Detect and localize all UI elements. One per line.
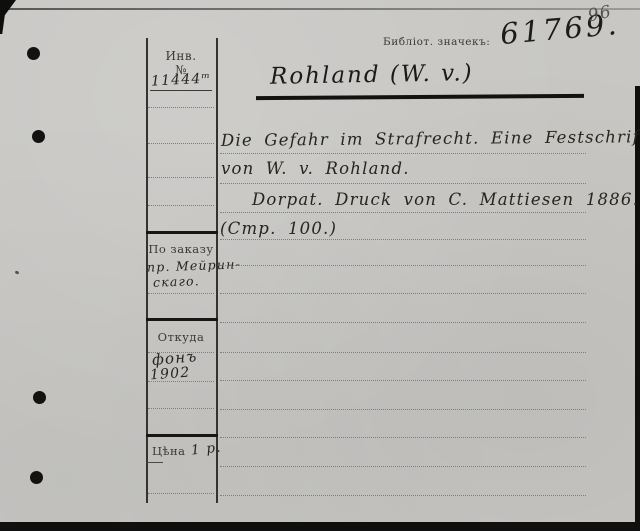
ruled-line — [220, 466, 586, 467]
inventory-label: Инв. — [146, 49, 216, 63]
ruled-line — [148, 493, 214, 494]
punch-hole — [27, 47, 40, 60]
ruled-line — [220, 265, 586, 266]
origin-value-handwritten-line2: 1902 — [149, 365, 190, 384]
price-value-handwritten: 1 р. — [190, 439, 222, 458]
title-line1-handwritten: Die Gefahr im Strafrecht. Eine Festschri… — [221, 127, 640, 150]
ruled-line — [148, 293, 214, 294]
card-top-edge-line — [0, 8, 640, 10]
price-underline — [147, 462, 163, 463]
scan-corner-shadow — [0, 0, 16, 34]
inventory-number-handwritten: 11444ᵐ — [151, 70, 212, 89]
ruled-line — [220, 409, 586, 410]
price-label: Цѣна — [152, 444, 186, 458]
author-heading-underline — [256, 94, 584, 100]
order-label: По заказу — [146, 242, 216, 256]
ruled-line — [148, 205, 214, 206]
ruled-line — [148, 177, 214, 178]
column-separator — [146, 231, 218, 234]
ruled-line — [148, 107, 214, 108]
punch-hole — [30, 471, 43, 484]
ruled-line — [220, 495, 586, 496]
order-value-handwritten-line2: скаго. — [153, 273, 200, 290]
catalog-card-scan: Инв. № 11444ᵐ По заказу пр. Мейрин- скаг… — [0, 0, 640, 531]
column-separator — [146, 434, 218, 437]
imprint-line-handwritten: Dorpat. Druck von C. Mattiesen 1886. 8°. — [252, 190, 640, 209]
scan-right-shadow — [635, 86, 640, 531]
paper-speck — [15, 270, 20, 274]
ruled-line — [220, 239, 586, 240]
title-line2-handwritten: von W. v. Rohland. — [221, 159, 410, 178]
punch-hole — [33, 391, 46, 404]
author-heading-handwritten: Rohland (W. v.) — [270, 60, 474, 90]
ruled-line — [220, 293, 586, 294]
ruled-line — [148, 408, 214, 409]
ruled-line — [220, 212, 586, 213]
library-mark-label: Библіот. значекъ: — [383, 36, 490, 48]
ruled-line — [220, 380, 586, 381]
origin-label: Откуда — [146, 330, 216, 344]
ruled-line — [220, 183, 586, 184]
ruled-line — [220, 352, 586, 353]
scan-bottom-shadow — [0, 522, 640, 531]
ruled-line — [220, 153, 586, 154]
column-separator — [146, 318, 218, 321]
pages-line-handwritten: (Стр. 100.) — [220, 219, 337, 238]
inventory-underline — [150, 90, 212, 91]
ruled-line — [220, 322, 586, 323]
ruled-line — [148, 143, 214, 144]
punch-hole — [32, 130, 45, 143]
ruled-line — [220, 437, 586, 438]
